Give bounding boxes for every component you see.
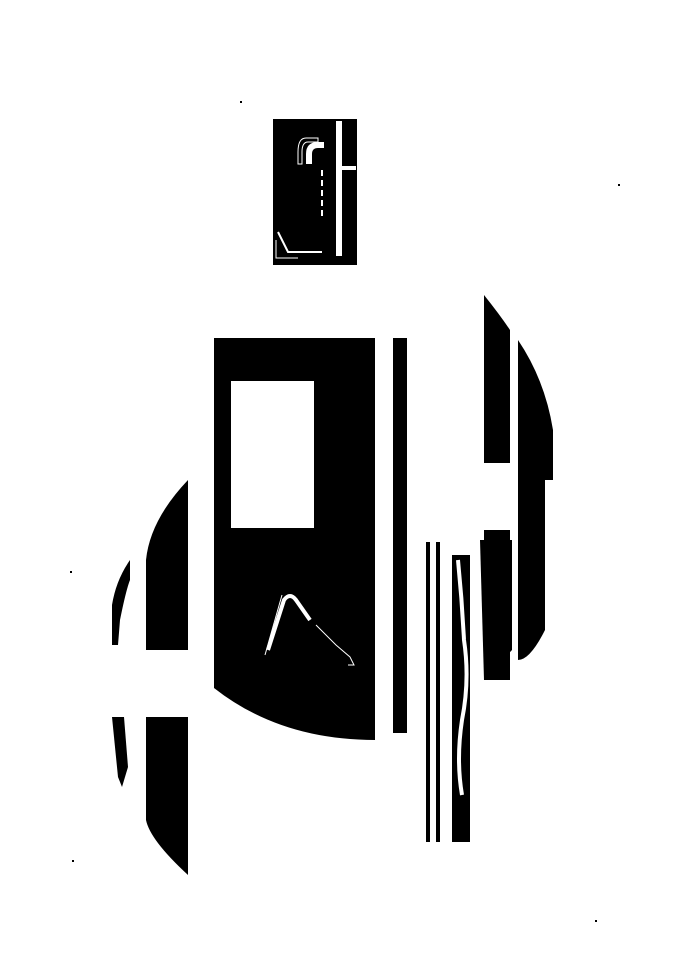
top-block (273, 119, 357, 265)
central-panel (214, 338, 375, 740)
striped-column (426, 542, 470, 842)
left-arc (112, 480, 188, 875)
abstract-composition (0, 0, 684, 960)
right-bars (393, 295, 553, 733)
